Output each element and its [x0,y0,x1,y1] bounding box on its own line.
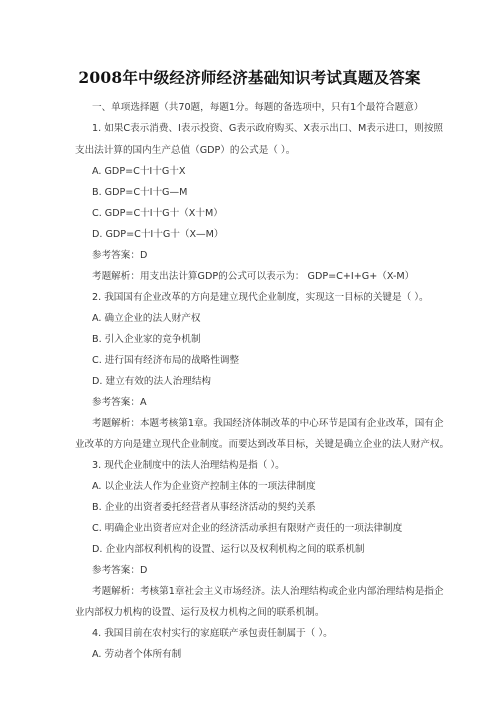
question-1-option-c: C. GDP=C十I十G十（X十M） [92,207,223,221]
question-1-answer: 参考答案：D [92,249,147,263]
question-2-option-c: C. 进行国有经济布局的战略性调整 [92,354,239,368]
question-3-option-d: D. 企业内部权利机构的设置、运行以及权利机构之间的联系机制 [92,543,365,557]
question-4-stem: 4. 我国目前在农村实行的家庭联产承包责任制属于（ ）。 [92,627,333,641]
question-1-analysis: 考题解析：用支出法计算GDP的公式可以表示为： GDP=C+I+G+（X-M） [92,270,414,284]
question-2-analysis-cont: 业改革的方向是建立现代企业制度。而要达到改革目标，关键是确立企业的法人财产权。 [75,438,449,452]
question-3-analysis: 考题解析：考核第1章社会主义市场经济。法人治理结构或企业内部治理结构是指企 [92,585,443,599]
question-3-option-a: A. 以企业法人作为企业资产控制主体的一项法律制度 [92,480,316,494]
question-2-stem: 2. 我国国有企业改革的方向是建立现代企业制度，实现这一目标的关键是（ ）。 [92,291,429,305]
question-2-analysis: 考题解析：本题考核第1章。我国经济体制改革的中心环节是国有企业改革，国有企 [92,417,443,431]
question-1-option-d: D. GDP=C十I十G十（X—M） [92,228,224,242]
question-1-stem-cont: 支出法计算的国内生产总值（GDP）的公式是（ ）。 [75,144,295,158]
question-3-option-b: B. 企业的出资者委托经营者从事经济活动的契约关系 [92,501,316,515]
document-title: 2008年中级经济师经济基础知识考试真题及答案 [0,66,499,88]
question-3-answer: 参考答案：D [92,564,147,578]
question-1-stem: 1. 如果C表示消费、I表示投资、G表示政府购买、X表示出口、M表示进口，则按照 [92,122,443,136]
question-4-option-a: A. 劳动者个体所有制 [92,648,181,662]
question-2-option-d: D. 建立有效的法人治理结构 [92,375,211,389]
question-2-answer: 参考答案：A [92,396,147,410]
section-heading: 一、单项选择题（共70题，每题1分。每题的备选项中，只有1个最符合题意） [92,101,423,115]
question-1-option-b: B. GDP=C十I十G—M [92,186,187,200]
document-page: 2008年中级经济师经济基础知识考试真题及答案 一、单项选择题（共70题，每题1… [0,0,499,706]
question-2-option-a: A. 确立企业的法人财产权 [92,312,200,326]
question-3-analysis-cont: 业内部权力机构的设置、运行及权力机构之间的联系机制。 [75,606,324,620]
question-1-option-a: A. GDP=C十I十G十X [92,165,185,179]
question-3-stem: 3. 现代企业制度中的法人治理结构是指（ ）。 [92,459,285,473]
question-2-option-b: B. 引入企业家的竞争机制 [92,333,201,347]
question-3-option-c: C. 明确企业出资者应对企业的经济活动承担有限财产责任的一项法律制度 [92,522,402,536]
